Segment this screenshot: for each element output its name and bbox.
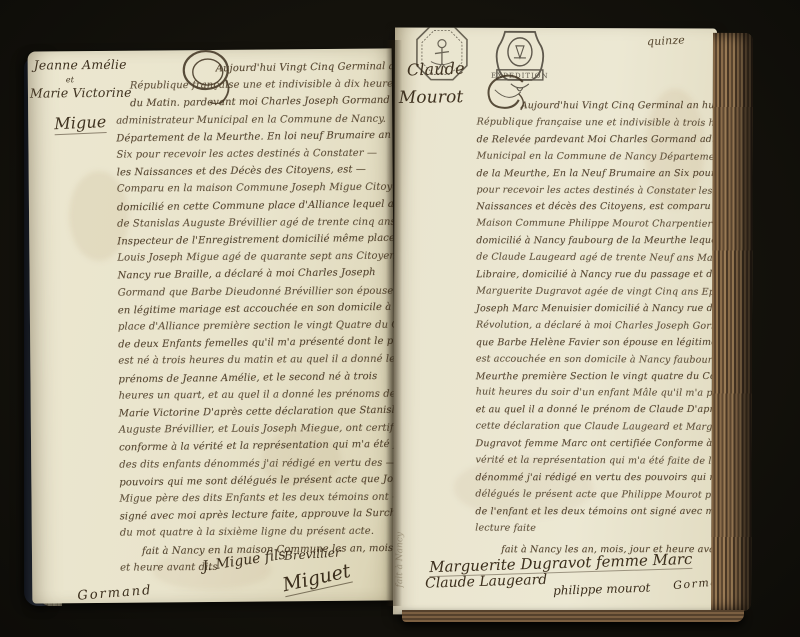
manuscript-line: Joseph Marc Menuisier domicilié à Nancy … — [476, 301, 712, 318]
signature-gormand-left: Gormand — [77, 583, 153, 604]
manuscript-line: du Matin. pardevant moi Charles Joseph G… — [130, 92, 388, 113]
manuscript-line: de la Meurthe, En la Neuf Brumaire an Si… — [477, 166, 713, 183]
margin-name-claude: Claude — [407, 59, 465, 80]
manuscript-line: Municipal en la Commune de Nancy Départe… — [477, 148, 713, 166]
manuscript-line: Marguerite Dugravot agée de vingt Cinq a… — [476, 283, 712, 301]
right-page-body: Aujourd'hui Vingt Cinq Germinal an huit … — [475, 98, 713, 559]
manuscript-line: délégués le présent acte que Philippe Mo… — [475, 486, 711, 504]
manuscript-line: Maison Commune Philippe Mourot Charpenti… — [476, 216, 712, 234]
manuscript-line: de Claude Laugeard agé de trente Neuf an… — [476, 250, 712, 268]
signature-philippe-mourot: philippe mourot — [553, 581, 651, 598]
margin-name-jeanne-amelie: Jeanne Amélie — [34, 57, 127, 73]
signature-claude-laugeard: Claude Laugeard — [425, 572, 548, 592]
manuscript-line: de l'enfant et les deux témoins ont sign… — [475, 504, 711, 521]
manuscript-line: domicilié à Nancy faubourg de la Meurthe… — [476, 233, 712, 250]
manuscript-line: Libraire, domicilié à Nancy rue du passa… — [476, 267, 712, 284]
folio-number: quinze — [647, 33, 686, 48]
manuscript-line: lecture faite — [475, 520, 711, 538]
margin-name-migue: Migue — [54, 112, 107, 135]
book-gutter-shadow — [386, 40, 402, 606]
manuscript-line: Meurthe première Section le vingt quatre… — [476, 369, 712, 386]
manuscript-line: pour recevoir les actes destinés à Const… — [476, 182, 712, 200]
manuscript-line: et au quel il a donné le prénom de Claud… — [476, 402, 712, 419]
manuscript-line: de Relevée pardevant Moi Charles Gormand… — [477, 132, 713, 149]
left-page-body: Aujourd'hui Vingt Cinq Germinal an huit … — [116, 58, 392, 576]
manuscript-line: Dugravot femme Marc ont certifiée Confor… — [476, 436, 712, 453]
manuscript-line: que Barbe Helène Favier son épouse en lé… — [476, 335, 712, 352]
manuscript-line: conforme à la vérité et la représentatio… — [119, 436, 391, 457]
manuscript-line: Aujourd'hui Vingt Cinq Germinal an huit … — [216, 58, 388, 77]
signature-marguerite-dugravot: Marguerite Dugravot femme Marc — [429, 550, 693, 577]
document-scan: Jeanne Amélie et Marie Victorine Migue A… — [0, 0, 800, 637]
manuscript-line: Révolution, a déclaré à moi Charles Jose… — [476, 317, 712, 335]
right-page: quinze EXPEDITION Claude Mourot — [393, 27, 717, 615]
book-fore-edge — [711, 33, 753, 611]
manuscript-line: Nancy rue Braille, a déclaré à moi Charl… — [117, 264, 389, 285]
manuscript-line: République française une et indivisible … — [477, 114, 713, 132]
manuscript-line: du mot quatre à la sixième ligne du prés… — [120, 523, 392, 542]
manuscript-line: est accouchée en son domicile à Nancy fa… — [476, 351, 712, 369]
left-page: Jeanne Amélie et Marie Victorine Migue A… — [28, 48, 397, 603]
book-bottom-edge — [402, 610, 744, 622]
manuscript-line: Comparu en la maison Commune Joseph Migu… — [117, 179, 389, 198]
manuscript-line: cette déclaration que Claude Laugeard et… — [476, 419, 712, 437]
margin-name-et: et — [66, 75, 74, 84]
manuscript-line: vérité et la représentation qui m'a été … — [475, 453, 711, 471]
margin-name-mourot: Mourot — [399, 87, 464, 108]
manuscript-line: Aujourd'hui Vingt Cinq Germinal an huit … — [521, 98, 713, 115]
manuscript-line: Naissances et décès des Citoyens, est co… — [476, 199, 712, 216]
manuscript-line: dénommé j'ai rédigé en vertu des pouvoir… — [475, 470, 711, 487]
manuscript-line: est né à trois heures du matin et au que… — [118, 351, 390, 370]
manuscript-line: huit heures du soir d'un enfant Mâle qu'… — [476, 385, 712, 403]
